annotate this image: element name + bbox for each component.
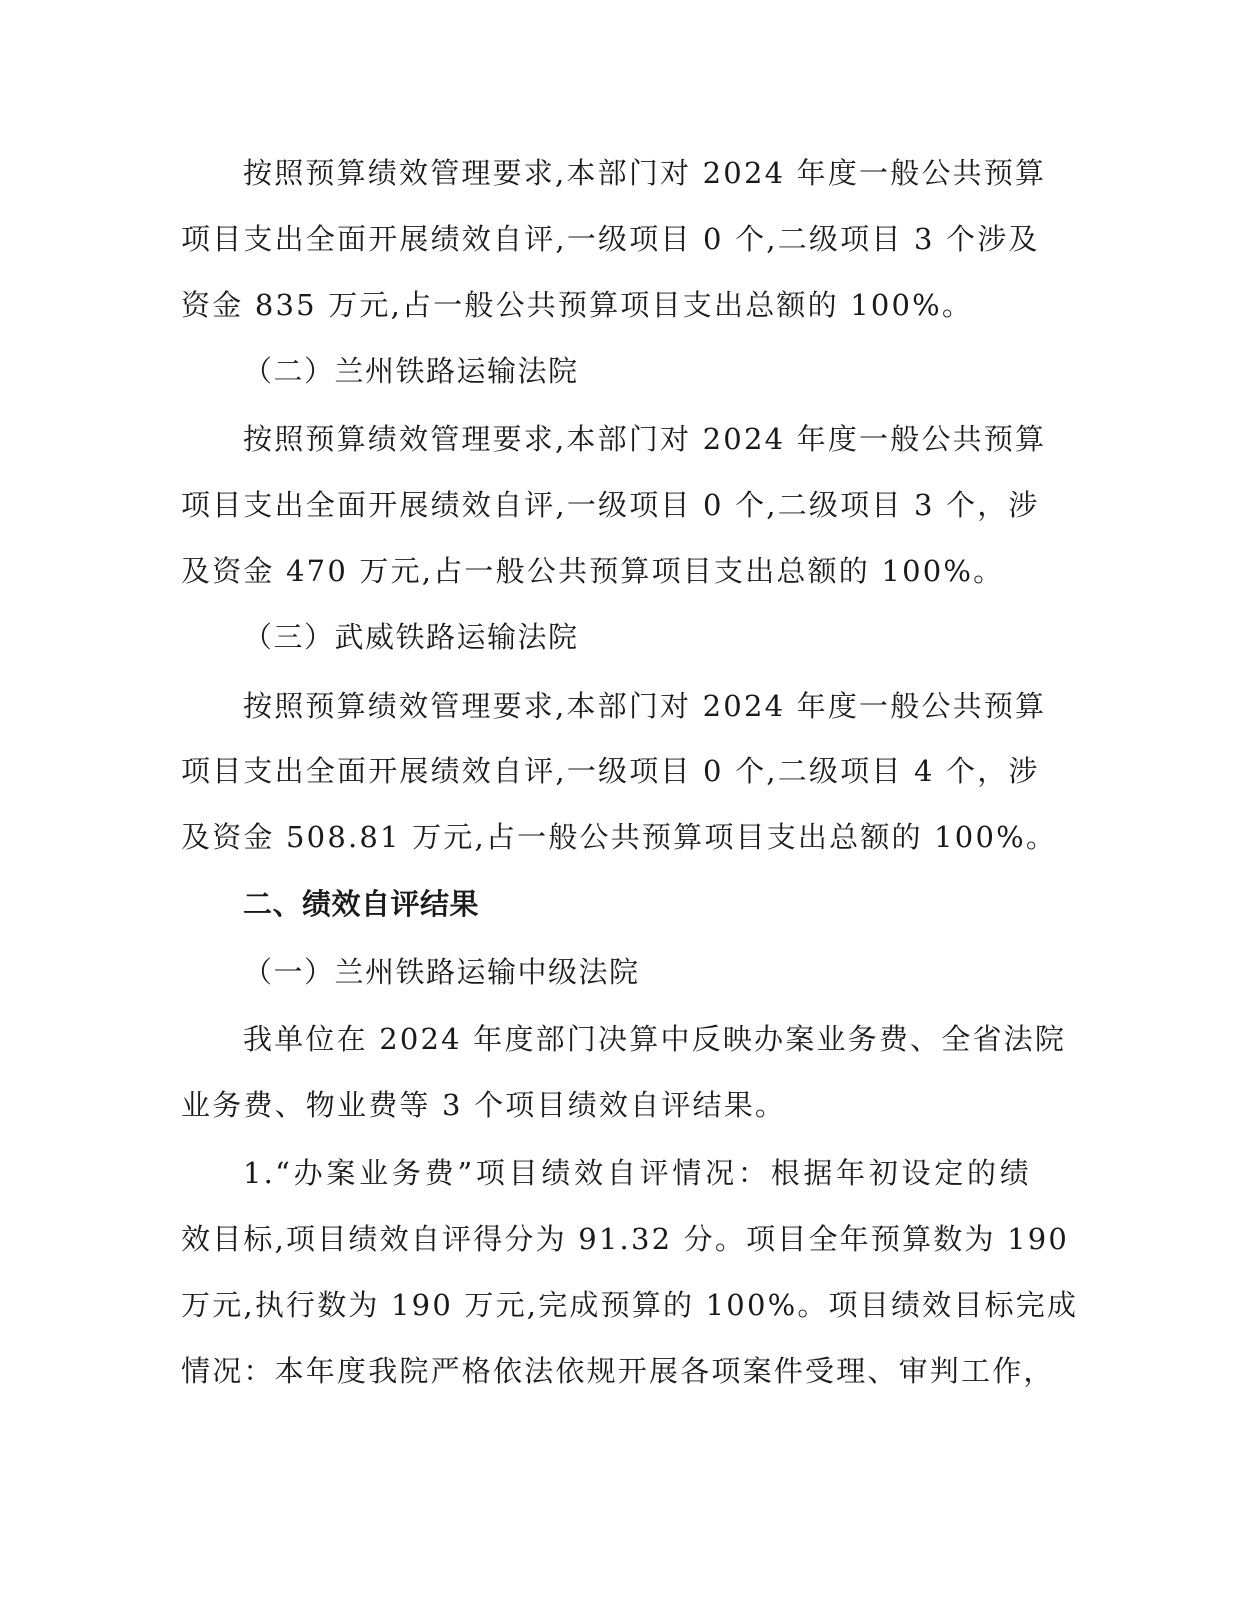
paragraph-line: 项目支出全面开展绩效自评,一级项目 0 个,二级项目 3 个涉及: [181, 219, 1031, 259]
paragraph-line: 效目标,项目绩效自评得分为 91.32 分。项目全年预算数为 190: [181, 1219, 1031, 1259]
subsection-heading: （一）兰州铁路运输中级法院: [243, 952, 1093, 992]
paragraph-line: 及资金 508.81 万元,占一般公共预算项目支出总额的 100%。: [181, 817, 1031, 857]
paragraph-line: 万元,执行数为 190 万元,完成预算的 100%。项目绩效目标完成: [181, 1285, 1031, 1325]
paragraph-line: 项目支出全面开展绩效自评,一级项目 0 个,二级项目 4 个，涉: [181, 751, 1031, 791]
subsection-heading: （二）兰州铁路运输法院: [243, 351, 1093, 391]
paragraph-line: 资金 835 万元,占一般公共预算项目支出总额的 100%。: [181, 285, 1031, 325]
paragraph-line: 情况：本年度我院严格依法依规开展各项案件受理、审判工作，: [181, 1351, 1031, 1391]
paragraph-line: 1.“办案业务费”项目绩效自评情况：根据年初设定的绩: [243, 1153, 1031, 1193]
paragraph-line: 按照预算绩效管理要求,本部门对 2024 年度一般公共预算: [243, 419, 1031, 459]
subsection-heading: （三）武威铁路运输法院: [243, 617, 1093, 657]
paragraph-line: 按照预算绩效管理要求,本部门对 2024 年度一般公共预算: [243, 686, 1031, 726]
section-heading: 二、绩效自评结果: [243, 884, 1093, 924]
document-page: 按照预算绩效管理要求,本部门对 2024 年度一般公共预算 项目支出全面开展绩效…: [0, 0, 1236, 1600]
paragraph-line: 业务费、物业费等 3 个项目绩效自评结果。: [181, 1085, 1031, 1125]
paragraph-line: 及资金 470 万元,占一般公共预算项目支出总额的 100%。: [181, 551, 1031, 591]
paragraph-line: 我单位在 2024 年度部门决算中反映办案业务费、全省法院: [243, 1019, 1031, 1059]
paragraph-line: 按照预算绩效管理要求,本部门对 2024 年度一般公共预算: [243, 153, 1031, 193]
paragraph-line: 项目支出全面开展绩效自评,一级项目 0 个,二级项目 3 个，涉: [181, 485, 1031, 525]
